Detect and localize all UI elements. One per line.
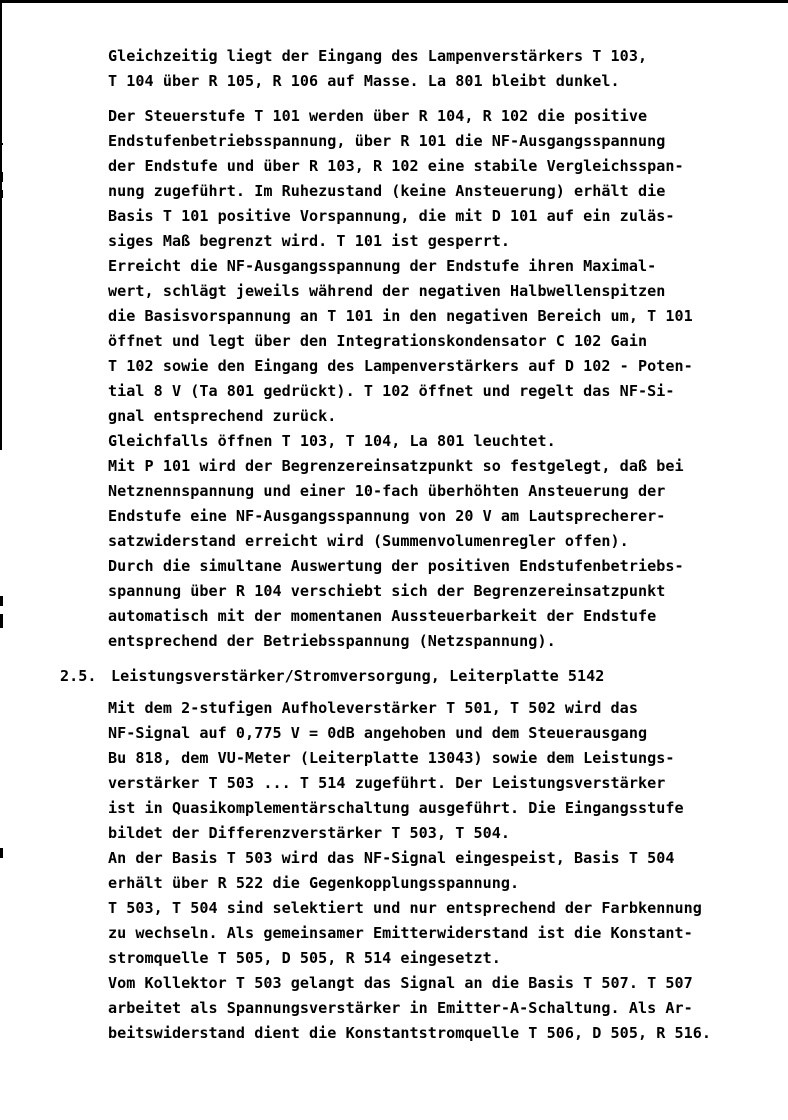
text-line: Der Steuerstufe T 101 werden über R 104,… [108, 106, 647, 126]
text-line: zu wechseln. Als gemeinsamer Emitterwide… [108, 923, 693, 943]
text-line: Mit dem 2-stufigen Aufholeverstärker T 5… [108, 698, 638, 718]
text-line: arbeitet als Spannungsverstärker in Emit… [108, 998, 693, 1018]
text-line: Durch die simultane Auswertung der posit… [108, 556, 684, 576]
scan-edge-mark [0, 848, 3, 858]
text-line: stromquelle T 505, D 505, R 514 eingeset… [108, 948, 501, 968]
text-line: ist in Quasikomplementärschaltung ausgef… [108, 798, 684, 818]
scan-edge-mark [0, 172, 3, 182]
text-line: die Basisvorspannung an T 101 in den neg… [108, 306, 693, 326]
text-line: Endstufenbetriebsspannung, über R 101 di… [108, 131, 665, 151]
text-line: öffnet und legt über den Integrationskon… [108, 331, 647, 351]
text-line: An der Basis T 503 wird das NF-Signal ei… [108, 848, 675, 868]
text-line: verstärker T 503 ... T 514 zugeführt. De… [108, 773, 665, 793]
text-line: nung zugeführt. Im Ruhezustand (keine An… [108, 181, 665, 201]
text-line: satzwiderstand erreicht wird (Summenvolu… [108, 531, 629, 551]
text-line: Bu 818, dem VU-Meter (Leiterplatte 13043… [108, 748, 675, 768]
text-line: beitswiderstand dient die Konstantstromq… [108, 1023, 711, 1043]
section-title: Leistungsverstärker/Stromversorgung, Lei… [111, 666, 604, 686]
scan-top-border [0, 0, 788, 3]
text-line: Vom Kollektor T 503 gelangt das Signal a… [108, 973, 693, 993]
text-line: T 104 über R 105, R 106 auf Masse. La 80… [108, 71, 620, 91]
scan-edge-mark [0, 190, 3, 198]
scan-edge-mark [0, 143, 3, 145]
text-line: Gleichzeitig liegt der Eingang des Lampe… [108, 46, 647, 66]
text-line: entsprechend der Betriebsspannung (Netzs… [108, 631, 556, 651]
text-line: siges Maß begrenzt wird. T 101 ist gespe… [108, 231, 510, 251]
scan-left-border [0, 3, 2, 1120]
section-number: 2.5. [60, 666, 97, 686]
text-line: spannung über R 104 verschiebt sich der … [108, 581, 665, 601]
text-line: der Endstufe und über R 103, R 102 eine … [108, 156, 684, 176]
text-line: T 503, T 504 sind selektiert und nur ent… [108, 898, 702, 918]
text-line: T 102 sowie den Eingang des Lampenverstä… [108, 356, 693, 376]
text-line: bildet der Differenzverstärker T 503, T … [108, 823, 510, 843]
text-line: Endstufe eine NF-Ausgangsspannung von 20… [108, 506, 665, 526]
text-line: Mit P 101 wird der Begrenzereinsatzpunkt… [108, 456, 684, 476]
text-line: tial 8 V (Ta 801 gedrückt). T 102 öffnet… [108, 381, 675, 401]
text-line: Netznennspannung und einer 10-fach überh… [108, 481, 665, 501]
text-line: erhält über R 522 die Gegenkopplungsspan… [108, 873, 519, 893]
text-line: Gleichfalls öffnen T 103, T 104, La 801 … [108, 431, 556, 451]
text-line: Erreicht die NF-Ausgangsspannung der End… [108, 256, 656, 276]
scan-edge-mark [0, 596, 3, 606]
text-line: automatisch mit der momentanen Aussteuer… [108, 606, 656, 626]
text-line: wert, schlägt jeweils während der negati… [108, 281, 665, 301]
scan-edge-mark [0, 614, 3, 628]
text-line: Basis T 101 positive Vorspannung, die mi… [108, 206, 675, 226]
text-line: NF-Signal auf 0,775 V = 0dB angehoben un… [108, 723, 647, 743]
text-line: gnal entsprechend zurück. [108, 406, 336, 426]
